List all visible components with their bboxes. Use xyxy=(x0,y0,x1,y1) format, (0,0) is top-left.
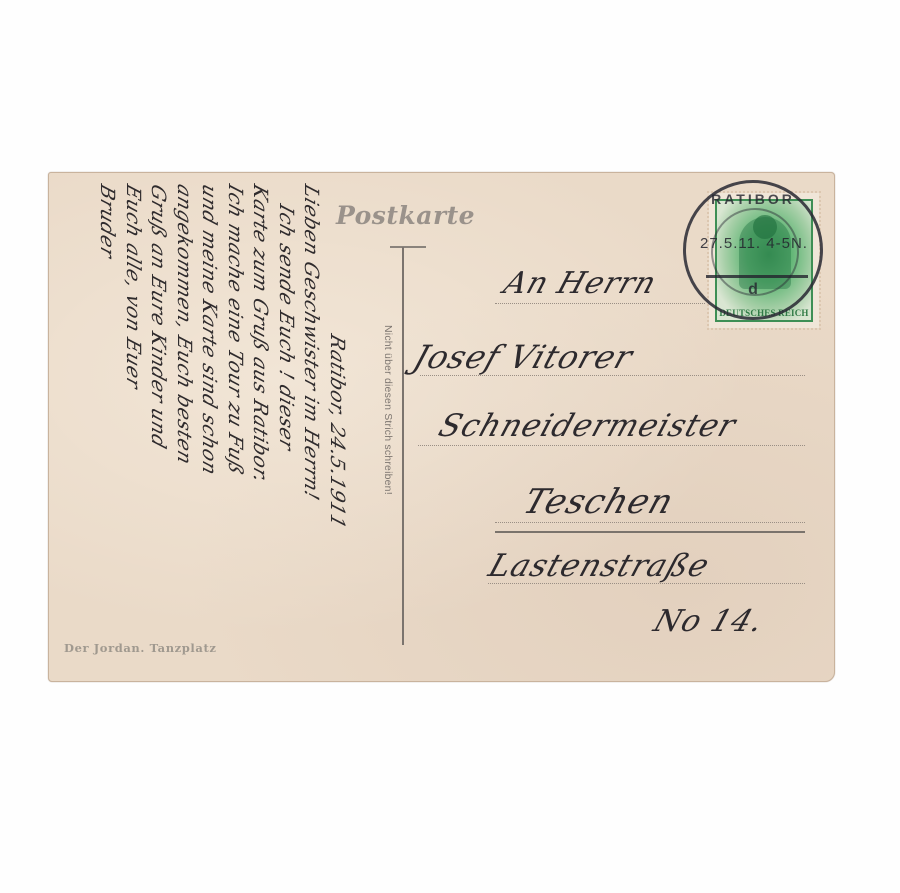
message-line: und meine Karte sind schon xyxy=(197,181,223,664)
postmark: RATIBOR 27.5.11. 4-5N. d xyxy=(683,180,823,320)
message-line: Ich mache eine Tour zu Fuß xyxy=(223,181,249,664)
message-line: angekommen, Euch besten xyxy=(172,181,198,664)
address-occupation: Schneidermeister xyxy=(434,408,741,444)
message-line: Gruß an Eure Kinder und xyxy=(146,181,172,664)
message-area: Ratibor, 24.5.1911 Lieben Geschwister im… xyxy=(60,185,350,660)
message-line: Ich sende Euch ! dieser xyxy=(274,181,300,664)
address-house-number: No 14. xyxy=(649,604,768,639)
address-name: Josef Vitorer xyxy=(409,338,638,376)
address-line-1 xyxy=(495,303,705,304)
address-line-3 xyxy=(418,445,805,446)
address-line-4 xyxy=(495,522,805,523)
postmark-letter: d xyxy=(686,281,820,299)
address-salutation: An Herrn xyxy=(499,266,661,301)
message-line: Karte zum Gruß aus Ratibor. xyxy=(248,181,274,664)
message-dateline: Ratibor, 24.5.1911 xyxy=(325,181,351,664)
postmark-bar xyxy=(706,275,808,278)
address-line-4-solid xyxy=(495,531,805,533)
divider-stub xyxy=(390,246,426,248)
message-line: Lieben Geschwister im Herrn! xyxy=(299,181,325,664)
message-line: Bruder xyxy=(95,181,121,664)
message-line: Euch alle, von Euer xyxy=(121,181,147,664)
postmark-date: 27.5.11. 4-5N. xyxy=(700,235,808,252)
divider-line xyxy=(402,247,404,645)
postcard-title: Postkarte xyxy=(336,201,475,230)
divider-instruction: Nicht über diesen Strich schreiben! xyxy=(382,325,394,495)
message-rotated: Ratibor, 24.5.1911 Lieben Geschwister im… xyxy=(60,185,350,660)
address-street: Lastenstraße xyxy=(484,548,714,584)
postmark-town: RATIBOR xyxy=(686,191,820,207)
address-city: Teschen xyxy=(519,482,680,522)
